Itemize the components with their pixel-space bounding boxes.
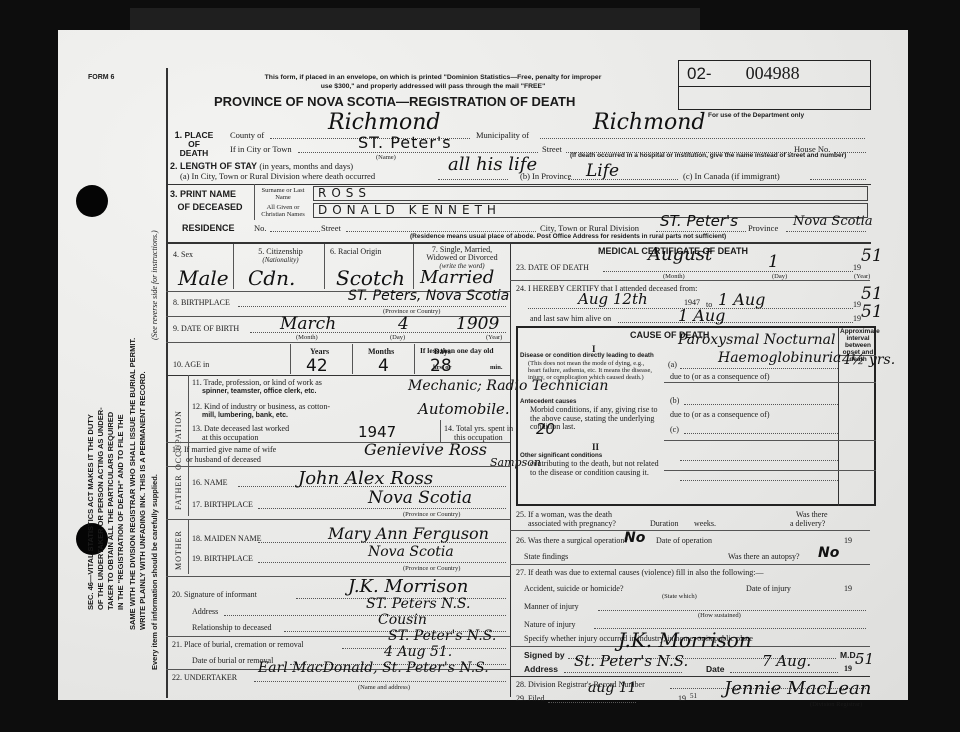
physician-address: St. Peter's N.S.: [574, 652, 688, 670]
last-worked-value: 1947: [358, 423, 396, 441]
print-name-label: 3. PRINT NAME OF DECEASED: [170, 188, 243, 214]
place-of-death-label: 1. PLACEOFDEATH: [170, 131, 218, 158]
birthplace-value: ST. Peters, Nova Scotia: [348, 288, 509, 304]
mother-name: Mary Ann Ferguson: [328, 524, 489, 543]
undertaker-value: Earl MacDonald, St. Peter's N.S.: [258, 660, 489, 676]
last-saw-alive: 1 Aug: [678, 306, 725, 325]
death-certificate-document: FORM 6 SEC. 46—VITAL STATISTICS ACT MAKE…: [58, 30, 908, 700]
physician-date: 7 Aug.: [762, 652, 811, 670]
autopsy-value: No: [818, 545, 839, 561]
postal-notice: This form, if placed in an envelope, on …: [208, 74, 658, 91]
side-notice-2: SAME WITH THE DIVISION REGISTRAR WHO SHA…: [128, 338, 148, 630]
given-names-value: DONALD KENNETH: [314, 204, 501, 217]
side-note-bottom: Every item of information should be care…: [150, 474, 159, 670]
last-saw-year: 51: [861, 302, 883, 322]
stay-province-value: Life: [586, 161, 619, 181]
death-day: 1: [768, 252, 779, 272]
death-month: August: [648, 244, 712, 265]
physician-signature: J.K. Morrison: [618, 628, 752, 652]
given-names-field[interactable]: DONALD KENNETH: [313, 203, 868, 218]
filed-year: 51: [690, 692, 697, 700]
residence-label: RESIDENCE: [182, 223, 235, 233]
burial-date: 4 Aug 51.: [384, 644, 452, 660]
residence-province: Nova Scotia: [793, 214, 873, 229]
registration-number: 004988: [746, 63, 800, 84]
municipality-label: Municipality of: [476, 130, 529, 140]
city-value: ST. Peter's: [358, 133, 452, 152]
county-value: Richmond: [328, 110, 440, 135]
mother-birthplace: Nova Scotia: [368, 544, 454, 560]
city-label: If in City or Town: [230, 144, 292, 154]
age-months: 4: [378, 356, 389, 376]
operation-value: No: [624, 530, 645, 546]
age-years: 42: [306, 356, 328, 376]
cause-a-line2: Haemoglobinuria: [718, 350, 841, 366]
residence-city: ST. Peter's: [660, 212, 738, 230]
citizenship-value: Cdn.: [248, 266, 295, 290]
length-of-stay-label: 2. LENGTH OF STAY (in years, months and …: [170, 161, 353, 171]
registrar-signature: Jennie MacLean: [724, 678, 871, 699]
informant-signature: J.K. Morrison: [348, 576, 468, 597]
dob-month: March: [280, 314, 336, 334]
department-note: For use of the Department only: [708, 112, 804, 119]
industry-value: Automobile.: [418, 400, 510, 418]
burial-place: ST. Peter's N.S.: [388, 628, 496, 644]
spouse-name: Genievive Ross: [364, 440, 487, 459]
registration-prefix: 02-: [687, 64, 712, 84]
father-birthplace: Nova Scotia: [368, 488, 472, 508]
surname-value: ROSS: [314, 187, 371, 200]
father-name: John Alex Ross: [298, 468, 433, 489]
surname-field[interactable]: ROSS: [313, 186, 868, 201]
informant-address: ST. Peters N.S.: [366, 596, 470, 612]
page-title: PROVINCE OF NOVA SCOTIA—REGISTRATION OF …: [214, 94, 575, 109]
cause-a-line1: Paroxysmal Nocturnal: [678, 332, 836, 348]
frame-left: [166, 68, 168, 698]
registration-number-box: 02- 004988: [678, 60, 871, 110]
county-label: County of: [230, 130, 264, 140]
side-note-reverse: (See reverse side for instructions.): [150, 230, 159, 340]
filed-date: aug 11: [588, 680, 637, 696]
attended-from: Aug 12th: [578, 290, 648, 308]
marital-status-value: Married: [420, 267, 494, 288]
attended-to-year: 51: [861, 284, 883, 304]
physician-date-year: 51: [855, 650, 874, 668]
informant-relationship: Cousin: [378, 612, 427, 628]
side-notice: SEC. 46—VITAL STATISTICS ACT MAKES IT TH…: [86, 50, 126, 610]
dob-day: 4: [398, 314, 409, 334]
interval-value: 4½ yrs.: [842, 352, 895, 368]
sex-value: Male: [178, 266, 229, 290]
racial-origin-value: Scotch: [336, 266, 405, 290]
dob-year: 1909: [456, 314, 499, 334]
death-year: 51: [861, 246, 883, 266]
municipality-value: Richmond: [593, 110, 705, 135]
